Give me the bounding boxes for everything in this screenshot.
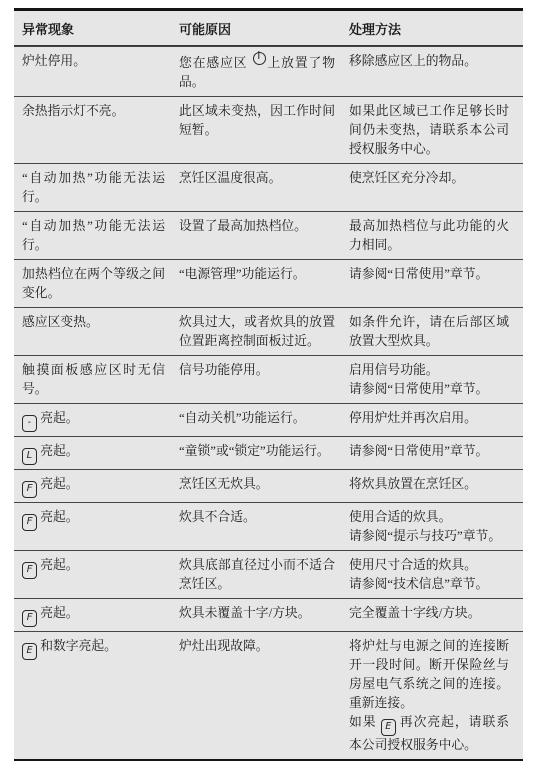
cell-text: 加热档位在两个等级之间变化。 xyxy=(22,267,165,300)
solution-cell: 如果此区域已工作足够长时间仍未变热，请联系本公司授权服务中心。 xyxy=(349,97,523,163)
cell-text: 使烹饪区充分冷却。 xyxy=(349,171,464,185)
solution-cell: 请参阅“日常使用”章节。 xyxy=(349,437,523,469)
table-row: F 亮起。炊具不合适。使用合适的炊具。请参阅“提示与技巧”章节。 xyxy=(14,502,523,550)
f-error-indicator-icon: F xyxy=(22,610,37,627)
cause-cell: “自动关机”功能运行。 xyxy=(179,404,349,436)
e-error-indicator-icon: E xyxy=(22,643,37,660)
cell-text: 炉灶停用。 xyxy=(22,54,86,68)
cell-text: 将炊具放置在烹饪区。 xyxy=(349,477,477,491)
header-label: 可能原因 xyxy=(179,22,231,37)
cell-text: “自动加热”功能无法运行。 xyxy=(22,219,165,252)
table-row: F 亮起。炊具底部直径过小而不适合烹饪区。使用尺寸合适的炊具。请参阅“技术信息”… xyxy=(14,550,523,598)
phenomenon-cell: 触摸面板感应区时无信号。 xyxy=(14,356,179,403)
cell-text: 启用信号功能。 xyxy=(349,363,439,377)
phenomenon-cell: L 亮起。 xyxy=(14,437,179,469)
cell-text: 烹饪区温度很高。 xyxy=(179,171,281,185)
phenomenon-cell: F 亮起。 xyxy=(14,503,179,550)
cell-text: “电源管理”功能运行。 xyxy=(179,267,306,281)
cell-text: 亮起。 xyxy=(37,444,79,458)
auto-switch-off-indicator-icon: - xyxy=(22,415,37,432)
cell-text: 亮起。 xyxy=(37,558,79,572)
cause-cell: 炊具未覆盖十字/方块。 xyxy=(179,599,349,631)
cell-text: 此区域未变热，因工作时间短暂。 xyxy=(179,104,335,137)
cell-text: 炊具底部直径过小而不适合烹饪区。 xyxy=(179,558,335,591)
cell-text: 如果 xyxy=(349,715,381,729)
solution-cell: 移除感应区上的物品。 xyxy=(349,47,523,96)
cell-text: 余热指示灯不亮。 xyxy=(22,104,124,118)
cell-text: 停用炉灶并再次启用。 xyxy=(349,411,477,425)
solution-cell: 最高加热档位与此功能的火力相同。 xyxy=(349,212,523,259)
cause-cell: “电源管理”功能运行。 xyxy=(179,260,349,307)
table-row: “自动加热”功能无法运行。设置了最高加热档位。最高加热档位与此功能的火力相同。 xyxy=(14,211,523,259)
power-sensor-icon xyxy=(253,52,266,65)
header-row: 异常现象 可能原因 处理方法 xyxy=(14,11,523,46)
solution-cell: 将炉灶与电源之间的连接断开一段时间。断开保险丝与房屋电气系统之间的连接。重新连接… xyxy=(349,632,523,759)
phenomenon-cell: 加热档位在两个等级之间变化。 xyxy=(14,260,179,307)
phenomenon-cell: 炉灶停用。 xyxy=(14,47,179,96)
cause-cell: “童锁”或“锁定”功能运行。 xyxy=(179,437,349,469)
phenomenon-cell: 感应区变热。 xyxy=(14,308,179,355)
solution-cell: 使用合适的炊具。请参阅“提示与技巧”章节。 xyxy=(349,503,523,550)
table-header: 异常现象 可能原因 处理方法 xyxy=(14,11,523,46)
cell-text: 如果此区域已工作足够长时间仍未变热，请联系本公司授权服务中心。 xyxy=(349,104,509,156)
cell-text: “童锁”或“锁定”功能运行。 xyxy=(179,444,330,458)
table-row: 炉灶停用。您在感应区 上放置了物品。移除感应区上的物品。 xyxy=(14,46,523,96)
table-row: F 亮起。炊具未覆盖十字/方块。完全覆盖十字线/方块。 xyxy=(14,598,523,631)
cell-text: 将炉灶与电源之间的连接断开一段时间。断开保险丝与房屋电气系统之间的连接。重新连接… xyxy=(349,639,509,710)
cause-cell: 信号功能停用。 xyxy=(179,356,349,403)
header-cause: 可能原因 xyxy=(179,11,349,45)
cell-text: 使用合适的炊具。 xyxy=(349,510,451,524)
troubleshooting-table: 异常现象 可能原因 处理方法 炉灶停用。您在感应区 上放置了物品。移除感应区上的… xyxy=(14,8,523,761)
e-error-indicator-icon: E xyxy=(381,719,396,736)
f-error-indicator-icon: F xyxy=(22,514,37,531)
cause-cell: 炊具底部直径过小而不适合烹饪区。 xyxy=(179,551,349,598)
table-row: 感应区变热。炊具过大，或者炊具的放置位置距离控制面板过近。如条件允许，请在后部区… xyxy=(14,307,523,355)
lock-indicator-icon: L xyxy=(22,448,37,465)
cell-text: 亮起。 xyxy=(37,510,79,524)
phenomenon-cell: E 和数字亮起。 xyxy=(14,632,179,759)
cause-cell: 炊具不合适。 xyxy=(179,503,349,550)
cell-text: 和数字亮起。 xyxy=(37,639,117,653)
phenomenon-cell: - 亮起。 xyxy=(14,404,179,436)
cell-text: 如条件允许，请在后部区域放置大型炊具。 xyxy=(349,315,509,348)
header-label: 异常现象 xyxy=(22,22,74,37)
table-body: 炉灶停用。您在感应区 上放置了物品。移除感应区上的物品。余热指示灯不亮。此区域未… xyxy=(14,46,523,759)
table-row: L 亮起。“童锁”或“锁定”功能运行。请参阅“日常使用”章节。 xyxy=(14,436,523,469)
cell-text: 请参阅“日常使用”章节。 xyxy=(349,444,488,458)
header-label: 处理方法 xyxy=(349,22,401,37)
solution-cell: 使用尺寸合适的炊具。请参阅“技术信息”章节。 xyxy=(349,551,523,598)
cell-text: 设置了最高加热档位。 xyxy=(179,219,307,233)
cell-text: 触摸面板感应区时无信号。 xyxy=(22,363,165,396)
phenomenon-cell: F 亮起。 xyxy=(14,599,179,631)
cell-text: 您在感应区 xyxy=(179,56,252,70)
solution-cell: 请参阅“日常使用”章节。 xyxy=(349,260,523,307)
cell-text: 请参阅“日常使用”章节。 xyxy=(349,382,488,396)
solution-cell: 启用信号功能。请参阅“日常使用”章节。 xyxy=(349,356,523,403)
header-solution: 处理方法 xyxy=(349,11,523,45)
cause-cell: 此区域未变热，因工作时间短暂。 xyxy=(179,97,349,163)
cell-text: 亮起。 xyxy=(37,477,79,491)
solution-cell: 停用炉灶并再次启用。 xyxy=(349,404,523,436)
solution-cell: 完全覆盖十字线/方块。 xyxy=(349,599,523,631)
table-row: “自动加热”功能无法运行。烹饪区温度很高。使烹饪区充分冷却。 xyxy=(14,163,523,211)
f-error-indicator-icon: F xyxy=(22,562,37,579)
phenomenon-cell: “自动加热”功能无法运行。 xyxy=(14,164,179,211)
table-row: 加热档位在两个等级之间变化。“电源管理”功能运行。请参阅“日常使用”章节。 xyxy=(14,259,523,307)
cell-text: 请参阅“日常使用”章节。 xyxy=(349,267,488,281)
cause-cell: 烹饪区温度很高。 xyxy=(179,164,349,211)
phenomenon-cell: F 亮起。 xyxy=(14,470,179,502)
cell-text: 炊具不合适。 xyxy=(179,510,256,524)
cell-text: 请参阅“技术信息”章节。 xyxy=(349,577,488,591)
header-phenomenon: 异常现象 xyxy=(14,11,179,45)
cause-cell: 设置了最高加热档位。 xyxy=(179,212,349,259)
cause-cell: 炉灶出现故障。 xyxy=(179,632,349,759)
solution-cell: 将炊具放置在烹饪区。 xyxy=(349,470,523,502)
cause-cell: 您在感应区 上放置了物品。 xyxy=(179,47,349,96)
table-row: F 亮起。烹饪区无炊具。将炊具放置在烹饪区。 xyxy=(14,469,523,502)
cell-text: 使用尺寸合适的炊具。 xyxy=(349,558,477,572)
cell-text: “自动关机”功能运行。 xyxy=(179,411,306,425)
phenomenon-cell: 余热指示灯不亮。 xyxy=(14,97,179,163)
solution-cell: 使烹饪区充分冷却。 xyxy=(349,164,523,211)
cell-text: “自动加热”功能无法运行。 xyxy=(22,171,165,204)
cell-text: 炊具未覆盖十字/方块。 xyxy=(179,606,311,620)
cell-text: 最高加热档位与此功能的火力相同。 xyxy=(349,219,509,252)
phenomenon-cell: “自动加热”功能无法运行。 xyxy=(14,212,179,259)
cell-text: 请参阅“提示与技巧”章节。 xyxy=(349,529,501,543)
cell-text: 感应区变热。 xyxy=(22,315,99,329)
cell-text: 炉灶出现故障。 xyxy=(179,639,269,653)
table-row: 触摸面板感应区时无信号。信号功能停用。启用信号功能。请参阅“日常使用”章节。 xyxy=(14,355,523,403)
cell-text: 炊具过大，或者炊具的放置位置距离控制面板过近。 xyxy=(179,315,335,348)
cell-text: 信号功能停用。 xyxy=(179,363,269,377)
table-row: - 亮起。“自动关机”功能运行。停用炉灶并再次启用。 xyxy=(14,403,523,436)
table-row: E 和数字亮起。炉灶出现故障。将炉灶与电源之间的连接断开一段时间。断开保险丝与房… xyxy=(14,631,523,759)
cell-text: 烹饪区无炊具。 xyxy=(179,477,269,491)
cause-cell: 烹饪区无炊具。 xyxy=(179,470,349,502)
solution-cell: 如条件允许，请在后部区域放置大型炊具。 xyxy=(349,308,523,355)
cause-cell: 炊具过大，或者炊具的放置位置距离控制面板过近。 xyxy=(179,308,349,355)
f-error-indicator-icon: F xyxy=(22,481,37,498)
cell-text: 亮起。 xyxy=(37,411,79,425)
cell-text: 完全覆盖十字线/方块。 xyxy=(349,606,481,620)
cell-text: 亮起。 xyxy=(37,606,79,620)
cell-text: 移除感应区上的物品。 xyxy=(349,54,477,68)
phenomenon-cell: F 亮起。 xyxy=(14,551,179,598)
table-row: 余热指示灯不亮。此区域未变热，因工作时间短暂。如果此区域已工作足够长时间仍未变热… xyxy=(14,96,523,163)
